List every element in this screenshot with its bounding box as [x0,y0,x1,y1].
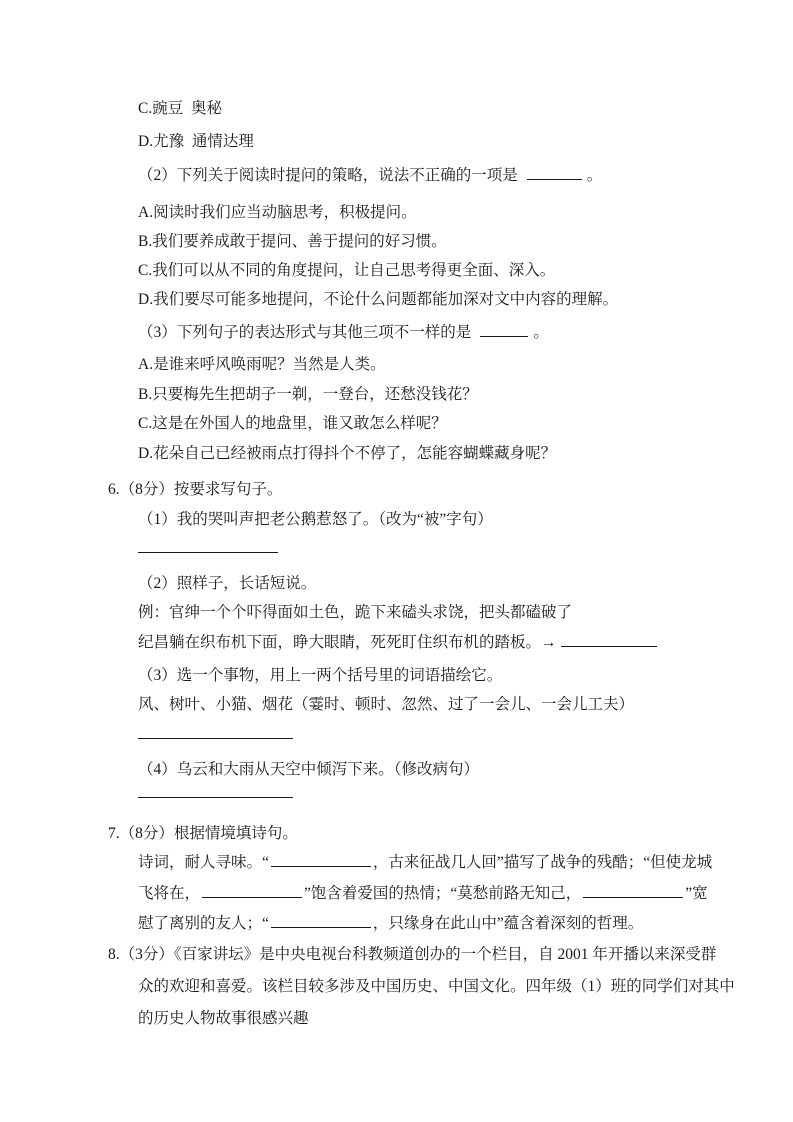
answer-blank [480,335,528,337]
q6-part1-stem: （1）我的哭叫声把老公鹅惹怒了。（改为“被”字句） [138,510,493,530]
q5-part3-option-d: D.花朵自己已经被雨点打得抖个不停了，怎能容蝴蝶藏身呢？ [138,444,556,464]
answer-blank [271,926,371,928]
q6-part4-answer-line [138,784,293,804]
answer-blank [583,896,683,898]
q6-part3-answer-line [138,725,293,745]
q5-part2-option-a: A.阅读时我们应当动脑思考，积极提问。 [138,203,417,223]
q5-part2-option-c: C.我们可以从不同的角度提问，让自己思考得更全面、深入。 [138,261,555,281]
q6-part1-answer-line [138,539,278,559]
q5-part3-option-c: C.这是在外国人的地盘里，谁又敢怎么样呢？ [138,414,447,434]
q8-line2: 众的欢迎和喜爱。该栏目较多涉及中国历史、中国文化。四年级（1）班的同学们对其中 [138,977,735,997]
q5-part2-stem: （2）下列关于阅读时提问的策略，说法不正确的一项是。 [138,166,602,186]
q6-part2-sentence: 纪昌躺在织布机下面，睁大眼睛，死死盯住织布机的踏板。→ [138,633,660,653]
answer-blank [138,737,293,739]
answer-blank [138,796,293,798]
q5-part3-stem: （3）下列句子的表达形式与其他三项不一样的是。 [138,323,549,343]
q8-line3: 的历史人物故事很感兴趣 [138,1009,309,1029]
exam-page: C.豌豆 奥秘 D.尤豫 通情达理 （2）下列关于阅读时提问的策略，说法不正确的… [0,0,793,1122]
q7-line1: 诗词，耐人寻味。“，古来征战几人回”描写了战争的残酷；“但使龙城 [138,853,712,873]
q5-part3-option-b: B.只要梅先生把胡子一剃，一登台，还愁没钱花？ [138,385,478,405]
q6-part3-words: 风、树叶、小猫、烟花（霎时、顿时、忽然、过了一会儿、一会儿工夫） [138,695,634,715]
q6-part4-stem: （4）乌云和大雨从天空中倾泻下来。（修改病句） [138,760,479,780]
q7-line3: 慰了离别的友人；“，只缘身在此山中”蕴含着深刻的哲理。 [138,914,643,934]
answer-blank [138,551,278,553]
q6-part3-stem: （3）选一个事物，用上一两个括号里的词语描绘它。 [138,666,502,686]
q5-part2-option-b: B.我们要养成敢于提问、善于提问的好习惯。 [138,232,447,252]
q7-line2: 飞将在，”饱含着爱国的热情；“莫愁前路无知己，”宽 [138,884,708,904]
answer-blank [527,178,582,180]
q8-line1: 8.（3分）《百家讲坛》是中央电视台科教频道创办的一个栏目，自 2001 年开播… [108,945,716,965]
q6-part2-stem: （2）照样子，长话短说。 [138,574,316,594]
q6-header: 6.（8分）按要求写句子。 [108,480,282,500]
answer-blank [561,645,657,647]
answer-blank [271,865,371,867]
q5-option-c: C.豌豆 奥秘 [138,99,222,119]
q6-part2-example: 例：官绅一个个吓得面如土色，跪下来磕头求饶，把头都磕破了 [138,603,572,623]
q5-part3-option-a: A.是谁来呼风唤雨呢？当然是人类。 [138,355,386,375]
q7-header: 7.（8分）根据情境填诗句。 [108,824,298,844]
q5-part2-option-d: D.我们要尽可能多地提问，不论什么问题都能加深对文中内容的理解。 [138,290,618,310]
q5-option-d: D.尤豫 通情达理 [138,132,254,152]
answer-blank [202,896,302,898]
